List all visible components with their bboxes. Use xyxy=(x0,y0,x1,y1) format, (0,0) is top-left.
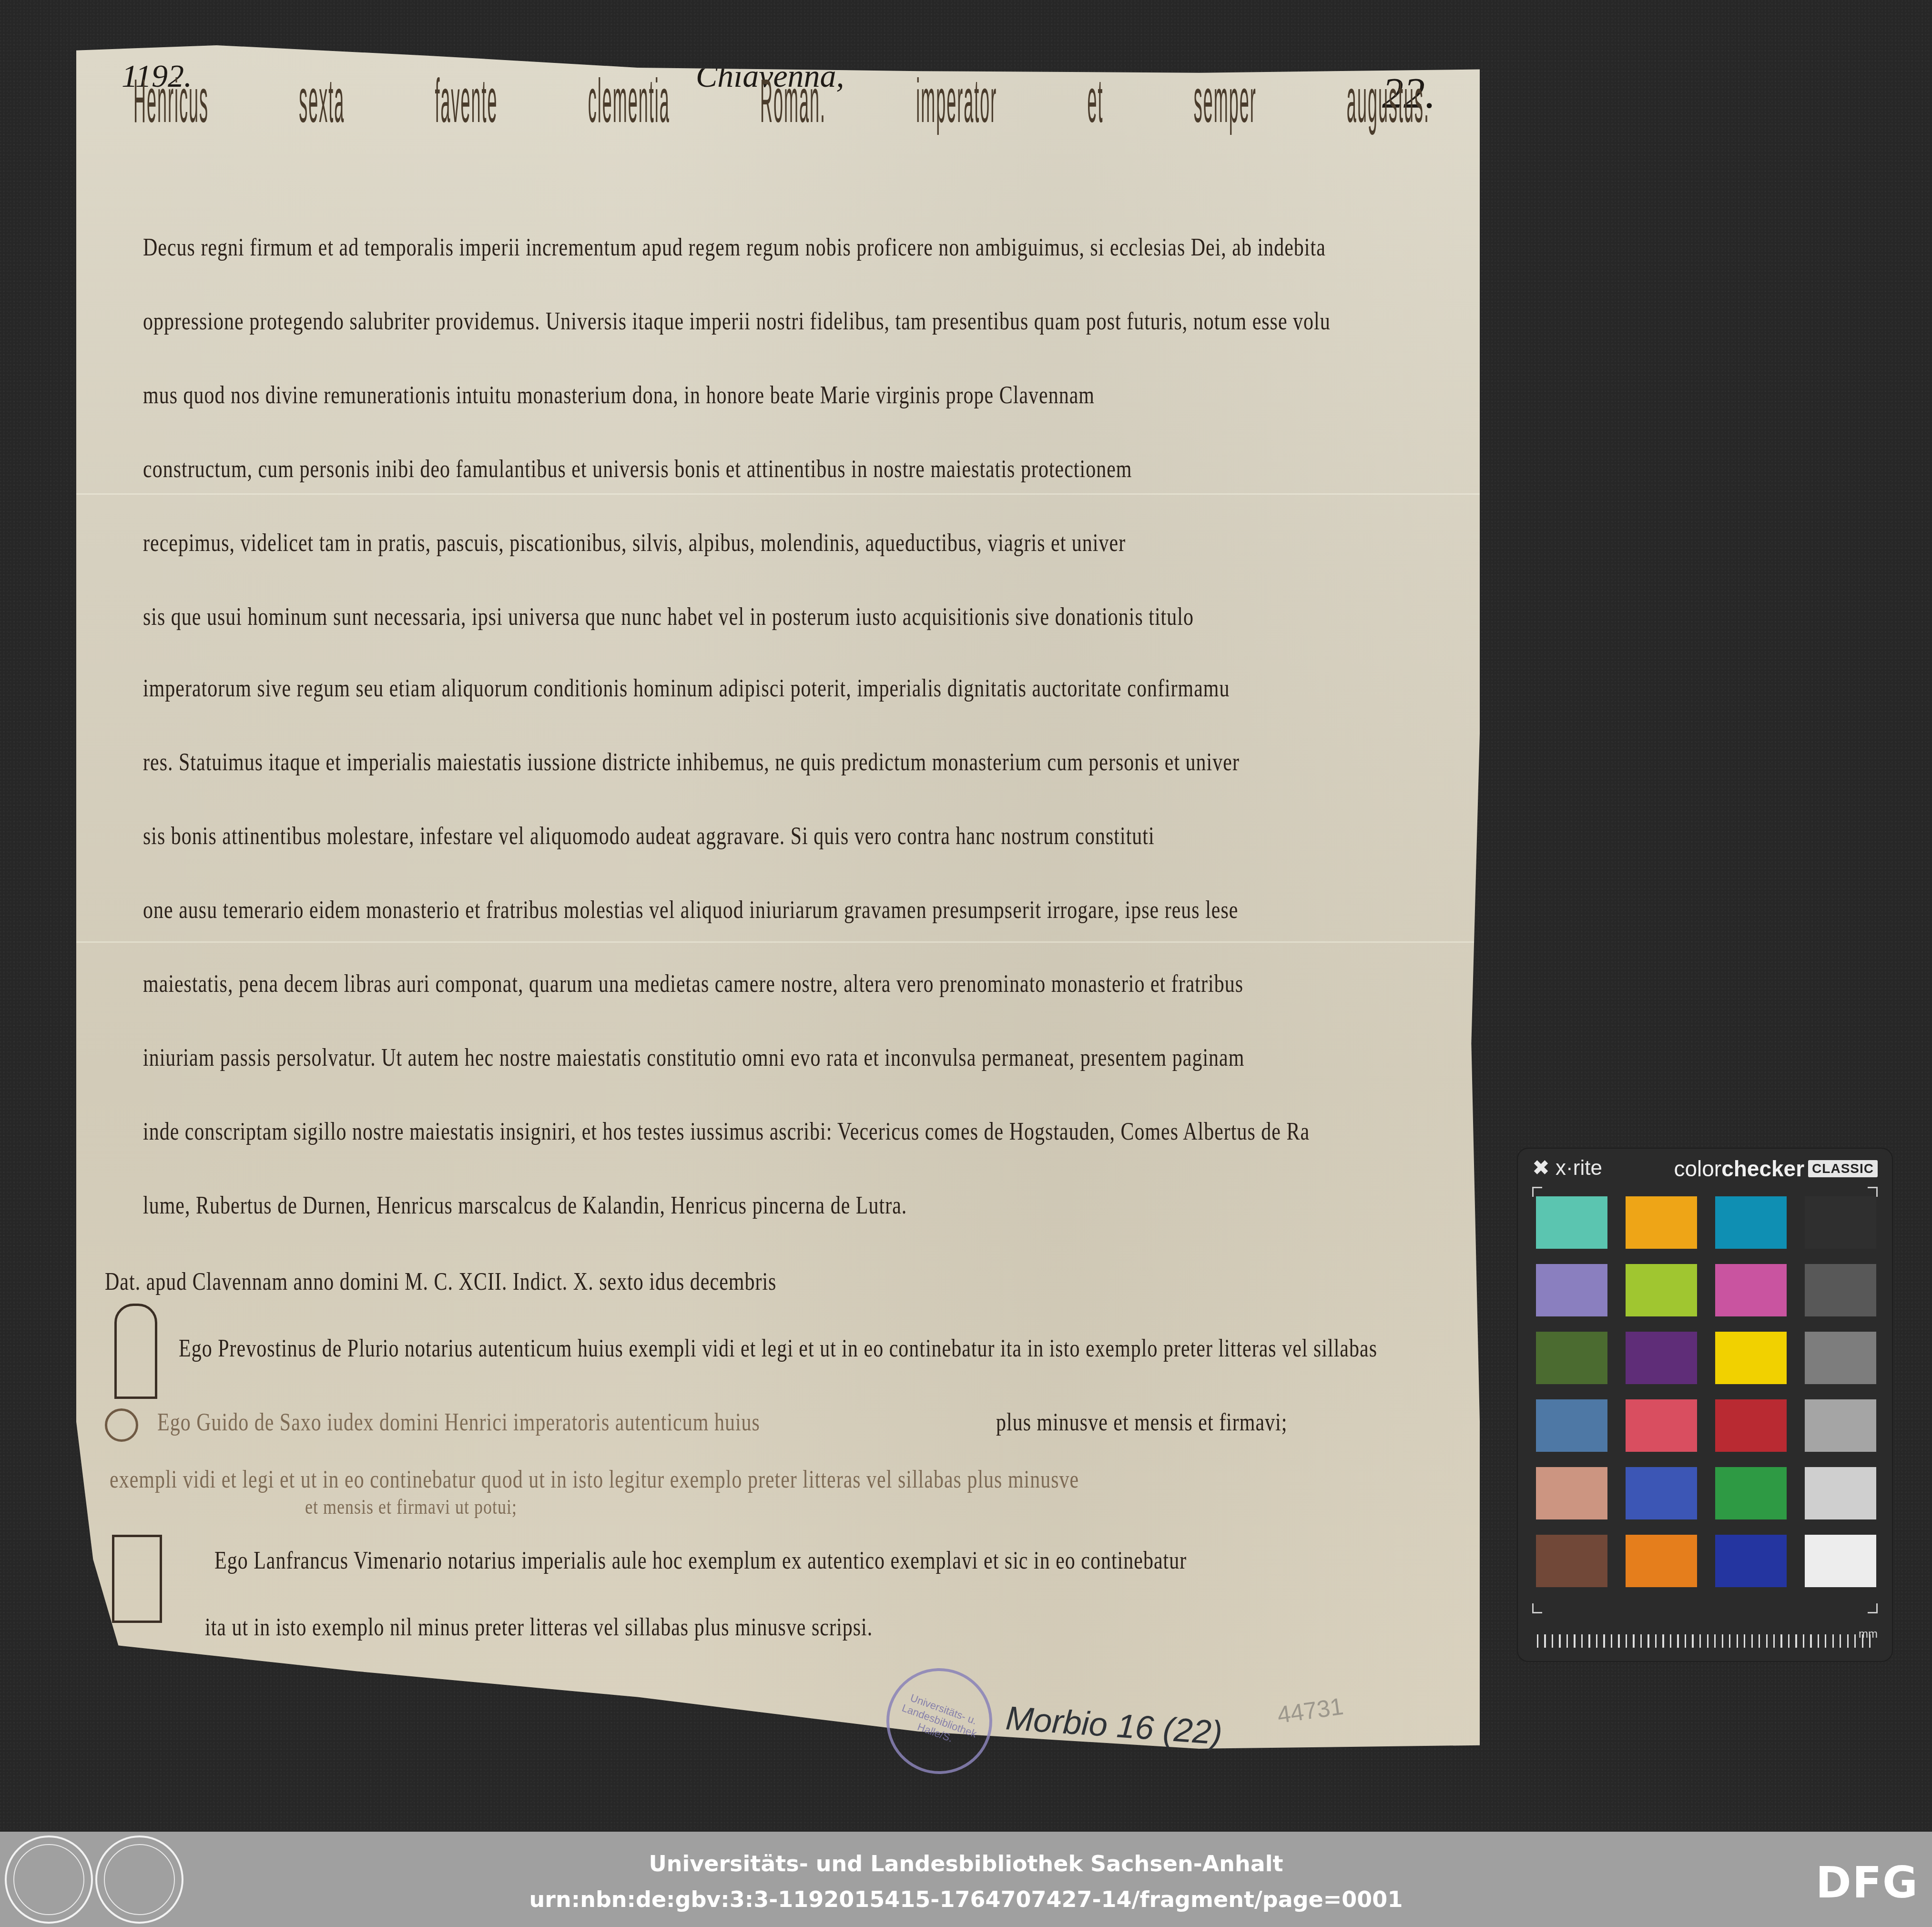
notary-line: ita ut in isto exemplo nil minus preter … xyxy=(205,1613,1110,1642)
notary-line: exempli vidi et legi et ut in eo contine… xyxy=(110,1466,1434,1494)
color-patch xyxy=(1626,1264,1697,1316)
text-line: inde conscriptam sigillo nostre maiestat… xyxy=(143,1118,1449,1146)
corner-mark xyxy=(1532,1187,1542,1197)
color-patch xyxy=(1805,1467,1876,1519)
fold-line xyxy=(76,941,1480,943)
institution-name: Universitäts- und Landesbibliothek Sachs… xyxy=(0,1851,1932,1876)
dfg-logo: DFG xyxy=(1816,1858,1919,1908)
text-line: oppressione protegendo salubriter provid… xyxy=(143,307,1449,336)
color-patch xyxy=(1715,1196,1787,1249)
heading-word: et xyxy=(1087,67,1103,136)
color-patch xyxy=(1626,1535,1697,1587)
text-line: sis que usui hominum sunt necessaria, ip… xyxy=(143,603,1449,632)
color-patch xyxy=(1715,1264,1787,1316)
color-patch xyxy=(1536,1399,1607,1452)
color-patch xyxy=(1805,1399,1876,1452)
notary-line: plus minusve et mensis et firmavi; xyxy=(996,1408,1425,1437)
text-line: iniuriam passis persolvatur. Ut autem he… xyxy=(143,1044,1449,1072)
color-patch-grid xyxy=(1536,1196,1879,1587)
heading-word: favente xyxy=(435,67,498,136)
notary-signum-guido xyxy=(105,1408,138,1442)
heading-word: clementia xyxy=(588,67,670,136)
text-line: one ausu temerario eidem monasterio et f… xyxy=(143,896,1449,925)
color-patch xyxy=(1536,1264,1607,1316)
color-patch xyxy=(1626,1196,1697,1249)
heading-word: Roman. xyxy=(760,67,826,136)
footer-bar: Universitäts- und Landesbibliothek Sachs… xyxy=(0,1832,1932,1927)
color-patch xyxy=(1626,1399,1697,1452)
color-patch xyxy=(1805,1332,1876,1384)
color-patch xyxy=(1626,1332,1697,1384)
color-patch xyxy=(1536,1332,1607,1384)
color-patch xyxy=(1536,1196,1607,1249)
color-patch xyxy=(1715,1535,1787,1587)
fold-line xyxy=(76,493,1480,495)
notary-line: Ego Prevostinus de Plurio notarius auten… xyxy=(179,1335,1418,1363)
text-line: imperatorum sive regum seu etiam aliquor… xyxy=(143,674,1449,703)
corner-mark xyxy=(1868,1187,1878,1197)
text-line: mus quod nos divine remunerationis intui… xyxy=(143,381,1449,410)
text-line: sis bonis attinentibus molestare, infest… xyxy=(143,822,1449,851)
text-line: res. Statuimus itaque et imperialis maie… xyxy=(143,748,1449,777)
color-checker-card: ✖ x·rite colorchecker CLASSIC mm xyxy=(1518,1149,1892,1661)
corner-mark xyxy=(1868,1603,1878,1613)
text-line: maiestatis, pena decem libras auri compo… xyxy=(143,970,1449,999)
title-bold: checker xyxy=(1721,1156,1804,1181)
color-patch xyxy=(1715,1332,1787,1384)
text-line: recepimus, videlicet tam in pratis, pasc… xyxy=(143,529,1449,558)
elongated-script-heading: Henricus sexta favente clementia Roman. … xyxy=(133,117,1430,136)
corner-mark xyxy=(1532,1603,1542,1613)
heading-word: sexta xyxy=(299,67,345,136)
notary-signum-prevostinus xyxy=(114,1304,157,1399)
xrite-icon: ✖ xyxy=(1532,1156,1550,1180)
notary-signum-lanfrancus xyxy=(112,1535,162,1623)
heading-word: Henricus xyxy=(133,67,209,136)
brand-label: x·rite xyxy=(1556,1156,1602,1180)
text-line: lume, Rubertus de Durnen, Henricus marsc… xyxy=(143,1192,1449,1220)
text-line: constructum, cum personis inibi deo famu… xyxy=(143,455,1449,484)
color-patch xyxy=(1626,1467,1697,1519)
color-patch xyxy=(1536,1467,1607,1519)
xrite-logo: ✖ x·rite xyxy=(1532,1156,1602,1180)
colorchecker-title: colorchecker CLASSIC xyxy=(1674,1156,1878,1182)
notary-line: Ego Lanfrancus Vimenario notarius imperi… xyxy=(214,1547,1358,1575)
manuscript-parchment: 1192. Chiavenna, 22. Henricus sexta fave… xyxy=(76,45,1480,1766)
mm-ruler xyxy=(1537,1629,1871,1648)
urn-identifier: urn:nbn:de:gbv:3:3-1192015415-1764707427… xyxy=(0,1886,1932,1912)
color-patch xyxy=(1805,1264,1876,1316)
color-patch xyxy=(1715,1467,1787,1519)
heading-word: imperator xyxy=(916,67,997,136)
text-line: Decus regni firmum et ad temporalis impe… xyxy=(143,234,1449,262)
heading-word: augustus. xyxy=(1347,67,1430,136)
color-patch xyxy=(1805,1196,1876,1249)
title-light: color xyxy=(1674,1156,1721,1181)
color-patch xyxy=(1805,1535,1876,1587)
heading-word: semper xyxy=(1194,67,1257,136)
color-patch xyxy=(1715,1399,1787,1452)
notary-line: Ego Guido de Saxo iudex domini Henrici i… xyxy=(157,1408,896,1437)
notary-line: et mensis et firmavi ut potui; xyxy=(305,1494,877,1519)
dating-line: Dat. apud Clavennam anno domini M. C. XC… xyxy=(105,1268,1411,1296)
ruler-unit: mm xyxy=(1859,1628,1878,1641)
color-patch xyxy=(1536,1535,1607,1587)
classic-badge: CLASSIC xyxy=(1808,1160,1878,1177)
